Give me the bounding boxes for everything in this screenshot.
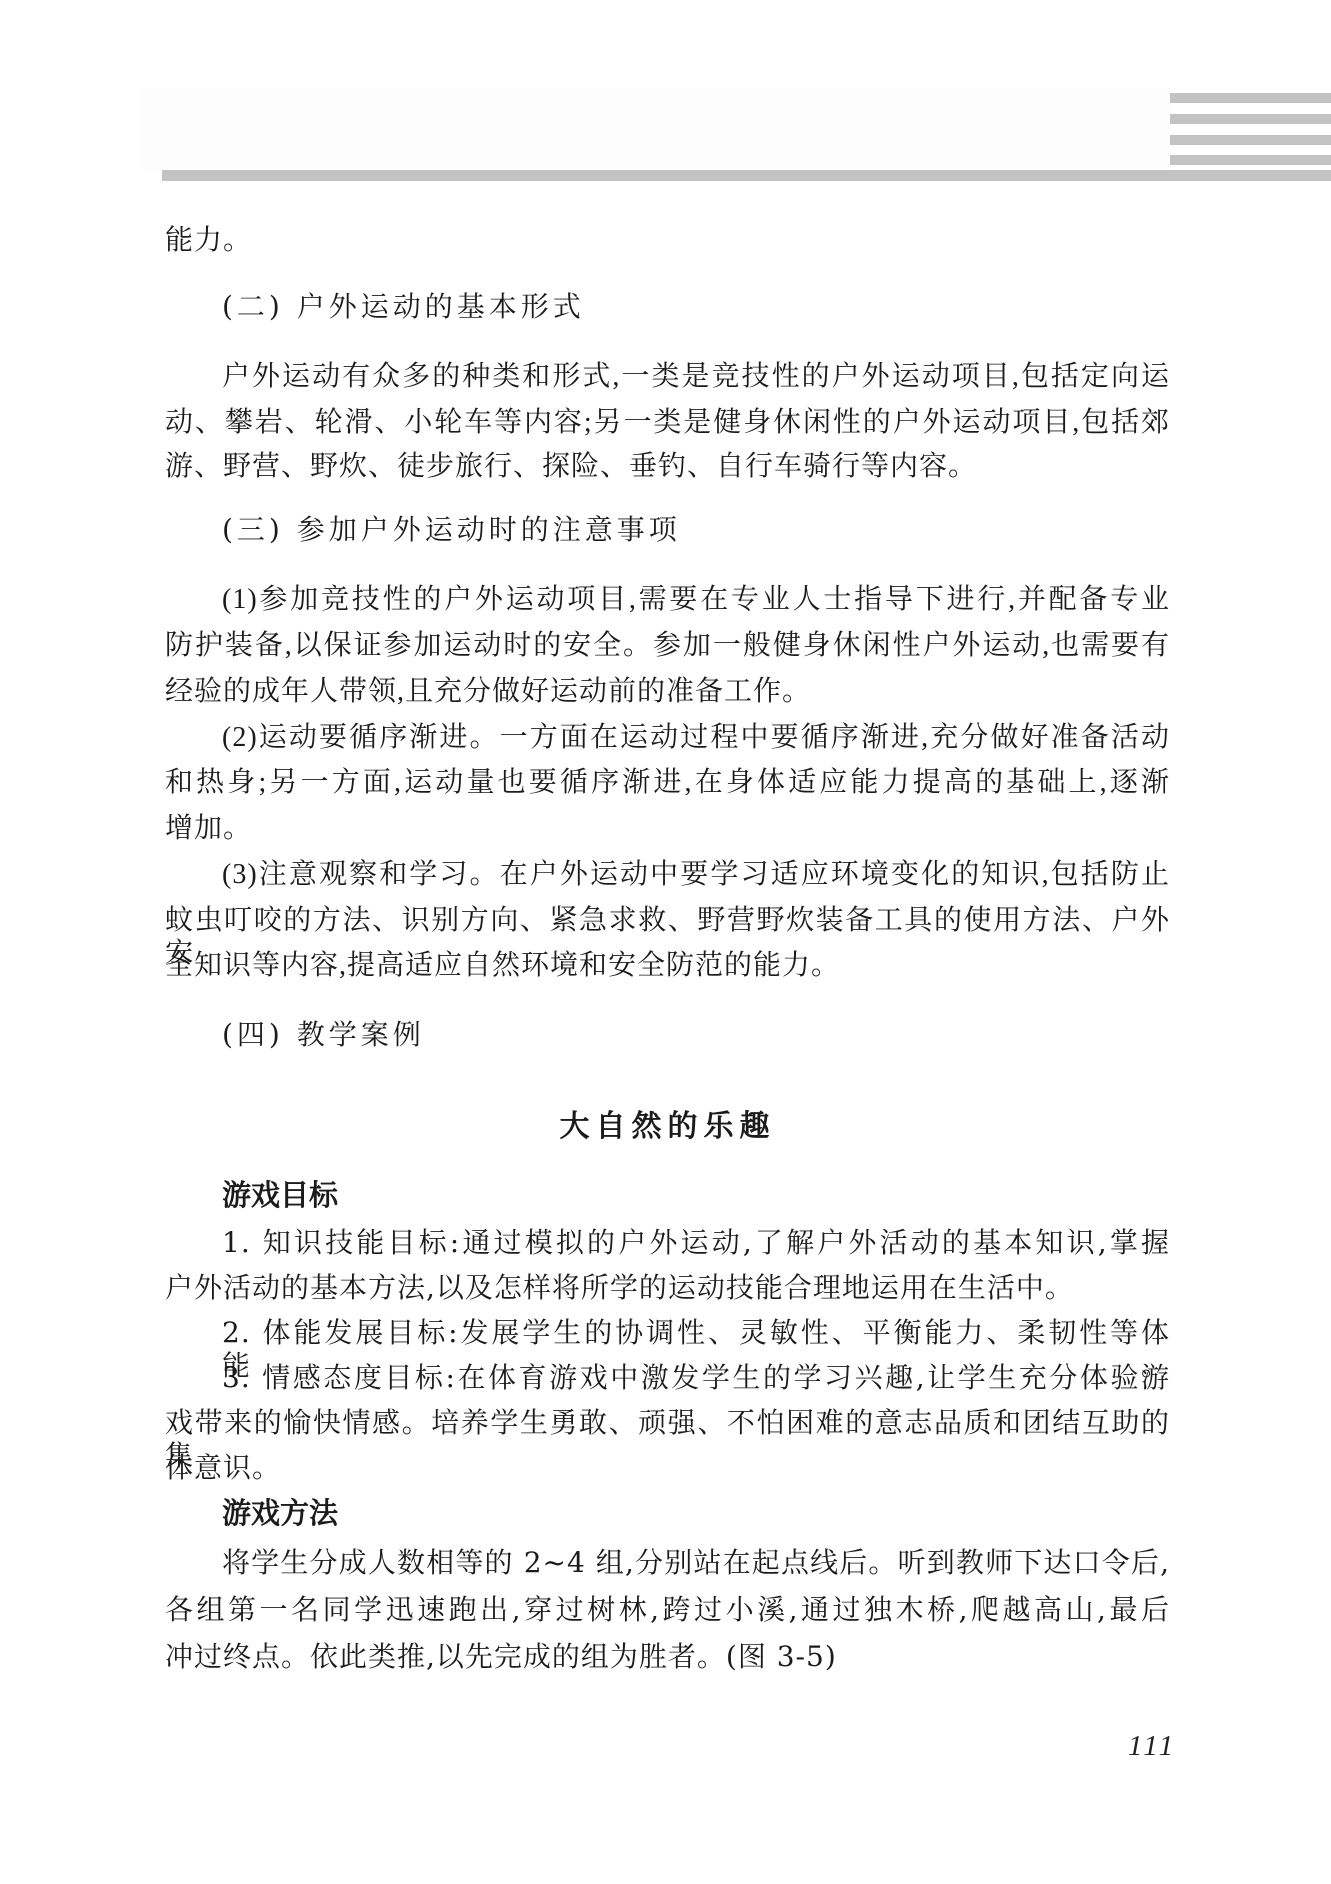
text-container: 能力。(二) 户外运动的基本形式户外运动有众多的种类和形式,一类是竞技性的户外运… bbox=[165, 0, 1170, 1884]
book-page: 能力。(二) 户外运动的基本形式户外运动有众多的种类和形式,一类是竞技性的户外运… bbox=[0, 0, 1331, 1884]
text-line: 防护装备,以保证参加运动时的安全。参加一般健身休闲性户外运动,也需要有 bbox=[165, 629, 1170, 662]
text-line: 3. 情感态度目标:在体育游戏中激发学生的学习兴趣,让学生充分体验游 bbox=[165, 1361, 1170, 1394]
text-line: 游戏目标 bbox=[165, 1180, 1170, 1213]
text-line: 将学生分成人数相等的 2~4 组,分别站在起点线后。听到教师下达口令后, bbox=[165, 1546, 1170, 1579]
text-line: 1. 知识技能目标:通过模拟的户外运动,了解户外活动的基本知识,掌握 bbox=[165, 1226, 1170, 1259]
text-line: 和热身;另一方面,运动量也要循序渐进,在身体适应能力提高的基础上,逐渐 bbox=[165, 766, 1170, 799]
text-line: 全知识等内容,提高适应自然环境和安全防范的能力。 bbox=[165, 949, 1170, 982]
text-line: (1)参加竞技性的户外运动项目,需要在专业人士指导下进行,并配备专业 bbox=[165, 583, 1170, 616]
text-line: 经验的成年人带领,且充分做好运动前的准备工作。 bbox=[165, 675, 1170, 708]
text-line: (三) 参加户外运动时的注意事项 bbox=[165, 513, 1170, 546]
page-number: 111 bbox=[1128, 1730, 1176, 1763]
text-line: 能力。 bbox=[165, 224, 1170, 257]
text-line: (二) 户外运动的基本形式 bbox=[165, 290, 1170, 323]
text-line: 户外运动有众多的种类和形式,一类是竞技性的户外运动项目,包括定向运 bbox=[165, 360, 1170, 393]
text-line: 动、攀岩、轮滑、小轮车等内容;另一类是健身休闲性的户外运动项目,包括郊 bbox=[165, 406, 1170, 439]
text-line: 大自然的乐趣 bbox=[165, 1110, 1170, 1143]
text-line: (四) 教学案例 bbox=[165, 1018, 1170, 1051]
text-line: 游戏方法 bbox=[165, 1498, 1170, 1531]
text-line: 各组第一名同学迅速跑出,穿过树林,跨过小溪,通过独木桥,爬越高山,最后 bbox=[165, 1593, 1170, 1626]
text-line: (2)运动要循序渐进。一方面在运动过程中要循序渐进,充分做好准备活动 bbox=[165, 721, 1170, 754]
header-stripe bbox=[1170, 135, 1331, 145]
text-line: 户外活动的基本方法,以及怎样将所学的运动技能合理地运用在生活中。 bbox=[165, 1271, 1170, 1304]
text-line: 冲过终点。依此类推,以先完成的组为胜者。(图 3-5) bbox=[165, 1640, 1170, 1673]
text-line: 增加。 bbox=[165, 812, 1170, 845]
header-stripe bbox=[1170, 114, 1331, 124]
header-stripe bbox=[1170, 93, 1331, 103]
header-stripe bbox=[1170, 155, 1331, 165]
text-line: 游、野营、野炊、徒步旅行、探险、垂钓、自行车骑行等内容。 bbox=[165, 450, 1170, 483]
text-line: 体意识。 bbox=[165, 1451, 1170, 1484]
text-line: (3)注意观察和学习。在户外运动中要学习适应环境变化的知识,包括防止 bbox=[165, 858, 1170, 891]
